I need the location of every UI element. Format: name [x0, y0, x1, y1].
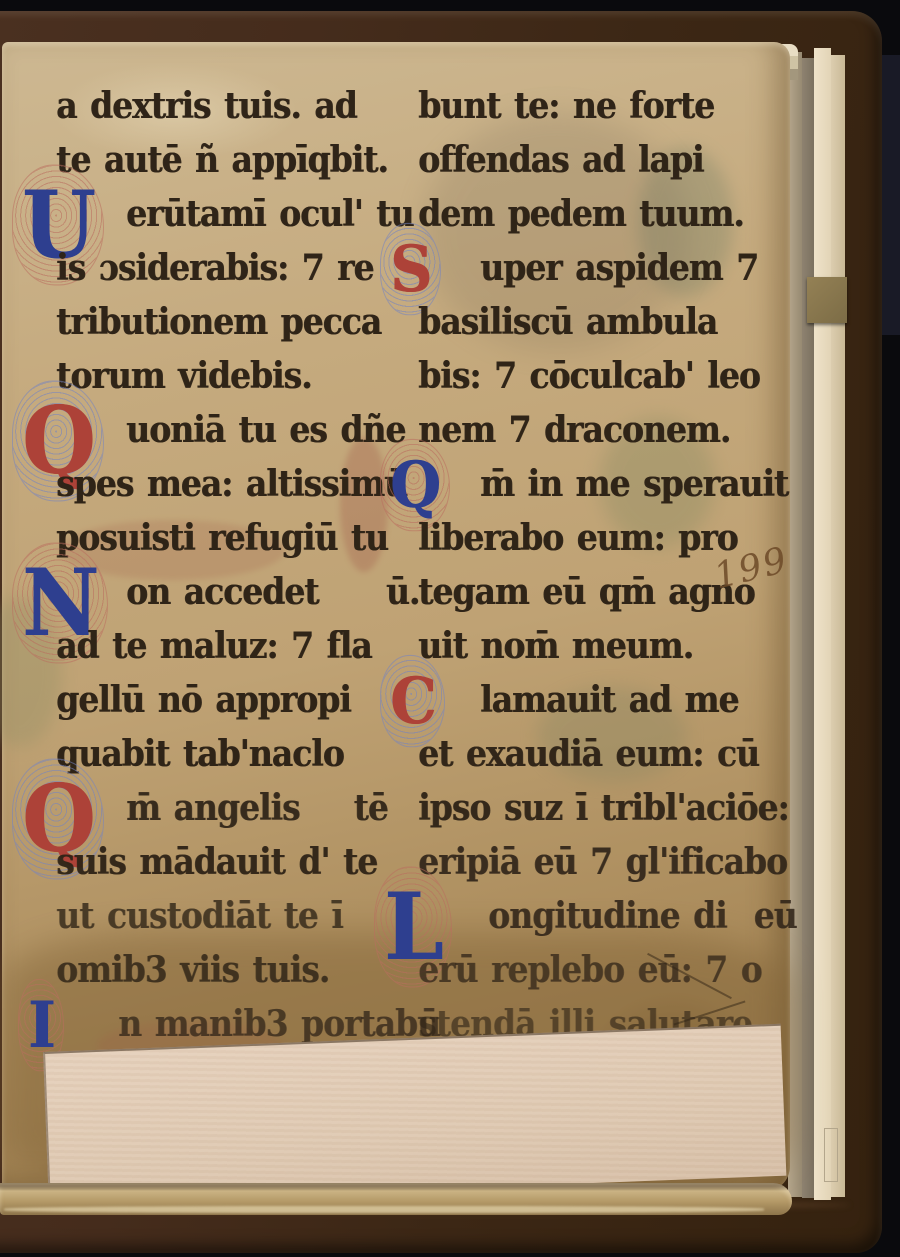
text-line: Quoniā tu es dñe [56, 408, 405, 467]
text-line-content: bis: 7 cōculcab' leo [418, 354, 760, 397]
text-line: quabit tab'naclo [56, 732, 344, 791]
page-bottom-curl-highlight [4, 1206, 764, 1213]
text-line-content: uit nom̄ meum. [418, 624, 693, 667]
text-line-content: torum videbis. [56, 354, 312, 397]
text-line: te autē ñ appīqbit. [56, 138, 388, 197]
text-line-content: tributionem pecca [56, 300, 381, 343]
page-stack-edge [814, 48, 831, 1200]
text-line-content: dem pedem tuum. [418, 192, 744, 235]
text-line-content: ipso suz ī tribl'aciōe: [418, 786, 789, 829]
text-line: tegam eū qm̄ agno [418, 570, 755, 629]
text-line-content: suis mādauit d' te [56, 840, 377, 883]
text-line-content: on accedet ū. [126, 570, 419, 613]
text-line-content: ad te maluz: 7 fla [56, 624, 371, 667]
text-line: a dextris tuis. ad [56, 84, 357, 143]
text-line: tributionem pecca [56, 300, 381, 359]
text-line: bis: 7 cōculcab' leo [418, 354, 760, 413]
text-line: eripiā eū 7 gl'ificabo [418, 840, 787, 899]
text-line: uit nom̄ meum. [418, 624, 693, 683]
text-line: Super aspidem 7 [418, 246, 758, 305]
text-line: gellū nō appropi [56, 678, 351, 737]
page-stack-edge [788, 52, 802, 1197]
text-line-content: tegam eū qm̄ agno [418, 570, 755, 613]
text-line: ut custodiāt te ī [56, 894, 343, 953]
text-line-content: ut custodiāt te ī [56, 894, 343, 937]
text-line-content: posuisti refugiū tu [56, 516, 388, 559]
text-line: Non accedet ū. [56, 570, 419, 629]
text-line-content: m̄ angelis tē [126, 786, 388, 829]
text-line: et exaudiā eum: cū [418, 732, 759, 791]
text-line-content: a dextris tuis. ad [56, 84, 357, 127]
text-line: Longitudine di eū [418, 894, 797, 953]
text-line-content: liberabo eum: pro [418, 516, 738, 559]
text-line: ad te maluz: 7 fla [56, 624, 371, 683]
text-line-content: erūtamī ocul' tu [126, 192, 413, 235]
text-line: Uerūtamī ocul' tu [56, 192, 413, 251]
illuminated-initial: C [390, 669, 435, 733]
text-line: spes mea: altissimū [56, 462, 407, 521]
text-line-content: basiliscū ambula [418, 300, 717, 343]
page-stack-edge [831, 55, 845, 1197]
text-line-content: et exaudiā eum: cū [418, 732, 759, 775]
text-line-content: erū replebo eū: 7 o [418, 948, 762, 991]
text-line-content: nem 7 draconem. [418, 408, 730, 451]
text-line-content: is ɔsiderabis: 7 re [56, 246, 373, 289]
text-line-content: omib3 viis tuis. [56, 948, 329, 991]
text-line-content: bunt te: ne forte [418, 84, 714, 127]
text-line: basiliscū ambula [418, 300, 717, 359]
repair-patch [43, 1024, 786, 1204]
text-line-content: offendas ad lapi [418, 138, 703, 181]
text-line: dem pedem tuum. [418, 192, 744, 251]
text-line: posuisti refugiū tu [56, 516, 388, 575]
text-line: Clamauit ad me [418, 678, 738, 737]
illuminated-initial: Q [390, 453, 440, 517]
bookmark-tab [807, 277, 847, 323]
text-line-content: quabit tab'naclo [56, 732, 344, 775]
text-line: erū replebo eū: 7 o [418, 948, 762, 1007]
text-line: omib3 viis tuis. [56, 948, 329, 1007]
text-line-content: gellū nō appropi [56, 678, 351, 721]
illuminated-initial: S [390, 237, 431, 301]
manuscript-photo: a dextris tuis. adte autē ñ appīqbit.Uer… [0, 0, 900, 1257]
text-line: liberabo eum: pro [418, 516, 738, 575]
text-line: torum videbis. [56, 354, 312, 413]
text-line-content: lamauit ad me [480, 678, 738, 721]
text-line: Qm̄ angelis tē [56, 786, 388, 845]
text-line: offendas ad lapi [418, 138, 703, 197]
next-page-ruling-mark [824, 1128, 838, 1182]
text-line-content: uoniā tu es dñe [126, 408, 405, 451]
text-line: bunt te: ne forte [418, 84, 714, 143]
background-shadow [880, 55, 900, 335]
text-line-content: eripiā eū 7 gl'ificabo [418, 840, 787, 883]
text-line: suis mādauit d' te [56, 840, 377, 899]
text-line: is ɔsiderabis: 7 re [56, 246, 373, 305]
text-line-content: spes mea: altissimū [56, 462, 407, 505]
text-line: ipso suz ī tribl'aciōe: [418, 786, 789, 845]
text-line-content: uper aspidem 7 [480, 246, 758, 289]
page-stack-edge [802, 58, 814, 1198]
illuminated-initial: I [28, 993, 54, 1057]
text-line-content: te autē ñ appīqbit. [56, 138, 388, 181]
text-line-content: m̄ in me sperauit [480, 462, 788, 505]
text-line: Qm̄ in me sperauit [418, 462, 788, 521]
text-line: nem 7 draconem. [418, 408, 730, 467]
text-line-content: ongitudine di eū [488, 894, 797, 937]
